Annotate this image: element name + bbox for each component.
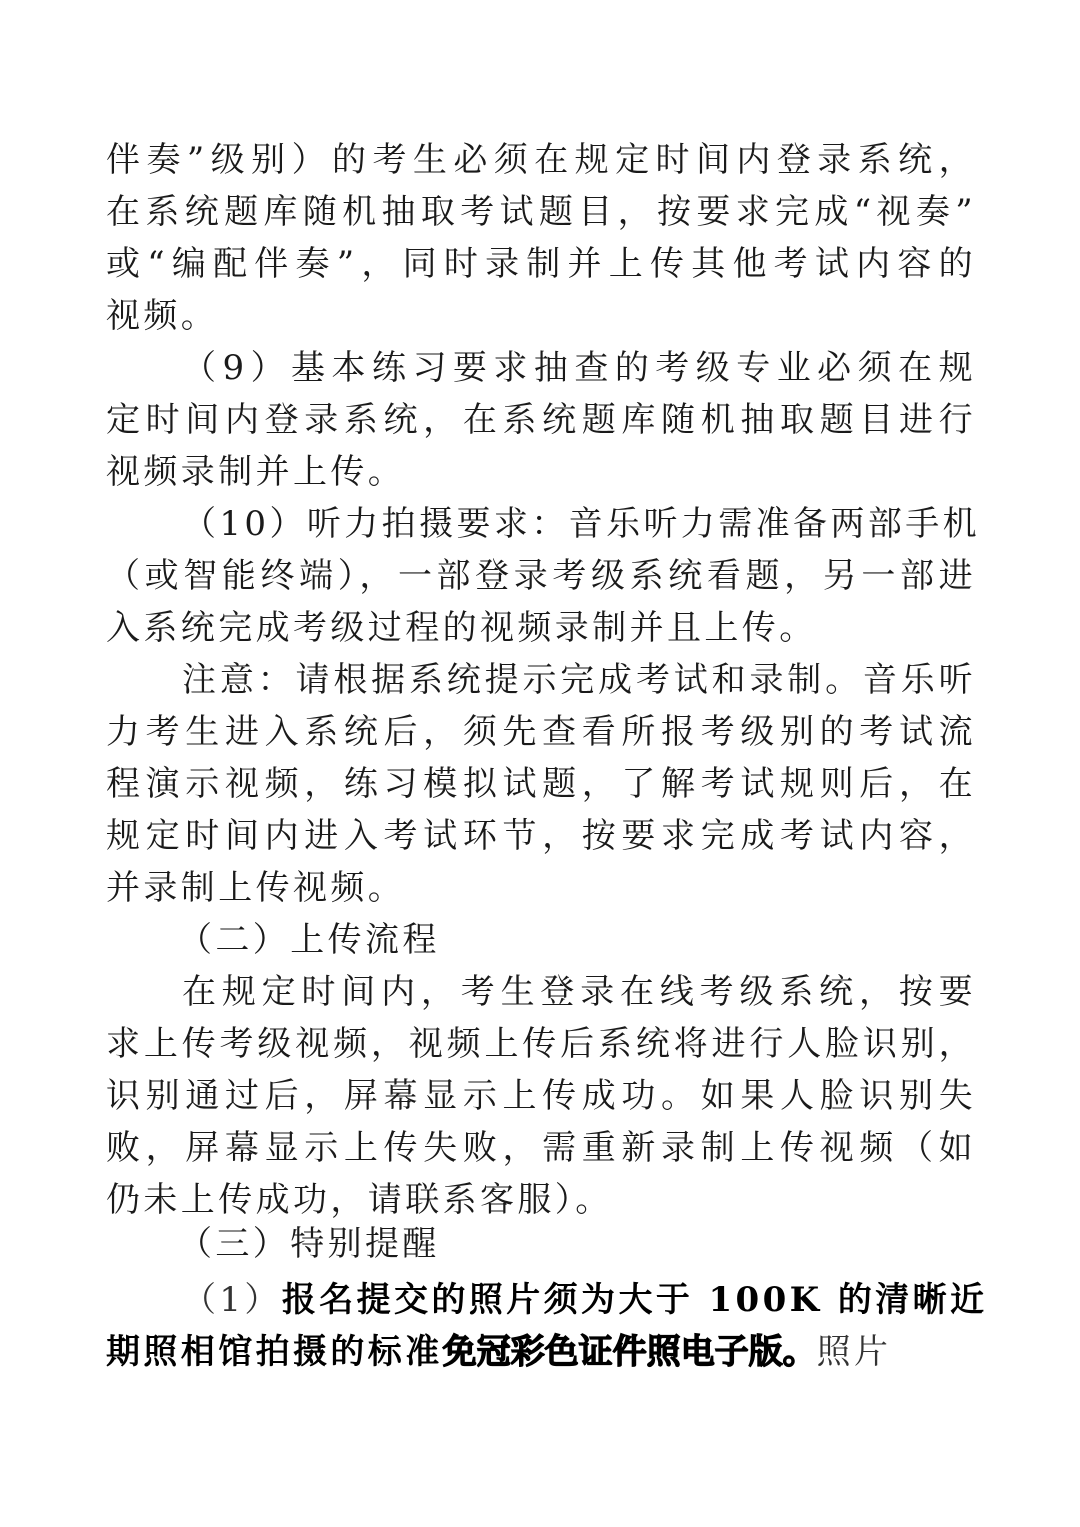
text-line: 视频。 [106,290,986,342]
text-line: 并录制上传视频。 [106,862,986,914]
reminder-item-1-bold-text-2: 期照相馆拍摄的标准 [106,1332,443,1372]
reminder-item-1-line-2: 期照相馆拍摄的标准免冠彩色证件照电子版。照片 [106,1326,986,1378]
reminder-item-1-tail: 照片 [817,1332,892,1372]
reminder-item-1-emphasis: 免冠彩色证件照电子版。 [443,1332,817,1372]
item-10-first-line: （10）听力拍摄要求：音乐听力需准备两部手机 [106,498,976,550]
text-line: 在规定时间内，考生登录在线考级系统，按要 [182,966,976,1018]
text-line: 视频录制并上传。 [106,446,986,498]
reminder-item-1-label: （1） [182,1280,282,1320]
text-line: 规定时间内进入考试环节，按要求完成考试内容， [106,810,976,862]
text-line: 在系统题库随机抽取考试题目，按要求完成“视奏” [106,186,976,238]
text-line: 求上传考级视频，视频上传后系统将进行人脸识别， [106,1018,976,1070]
reminder-item-1-line-1: （1）报名提交的照片须为大于 100K 的清晰近 [182,1274,976,1326]
section-heading-upload-process: （二）上传流程 [178,914,1058,966]
section-heading-special-reminder: （三）特别提醒 [178,1218,1058,1270]
text-line: （或智能终端），一部登录考级系统看题，另一部进 [106,550,976,602]
note-first-line: 注意：请根据系统提示完成考试和录制。音乐听 [182,654,976,706]
text-line: 力考生进入系统后，须先查看所报考级别的考试流 [106,706,976,758]
item-9-first-line: （9）基本练习要求抽查的考级专业必须在规 [106,342,976,394]
text-line: 伴奏”级别）的考生必须在规定时间内登录系统， [106,134,976,186]
text-line: 败，屏幕显示上传失败，需重新录制上传视频（如 [106,1122,976,1174]
text-line: 识别通过后，屏幕显示上传成功。如果人脸识别失 [106,1070,976,1122]
text-line: 定时间内登录系统，在系统题库随机抽取题目进行 [106,394,976,446]
document-page: 伴奏”级别）的考生必须在规定时间内登录系统， 在系统题库随机抽取考试题目，按要求… [0,0,1080,1527]
text-line: 入系统完成考级过程的视频录制并且上传。 [106,602,986,654]
text-line: 程演示视频，练习模拟试题，了解考试规则后，在 [106,758,976,810]
reminder-item-1-bold-text: 报名提交的照片须为大于 100K 的清晰近 [282,1280,988,1320]
text-line: 或“编配伴奏”，同时录制并上传其他考试内容的 [106,238,976,290]
